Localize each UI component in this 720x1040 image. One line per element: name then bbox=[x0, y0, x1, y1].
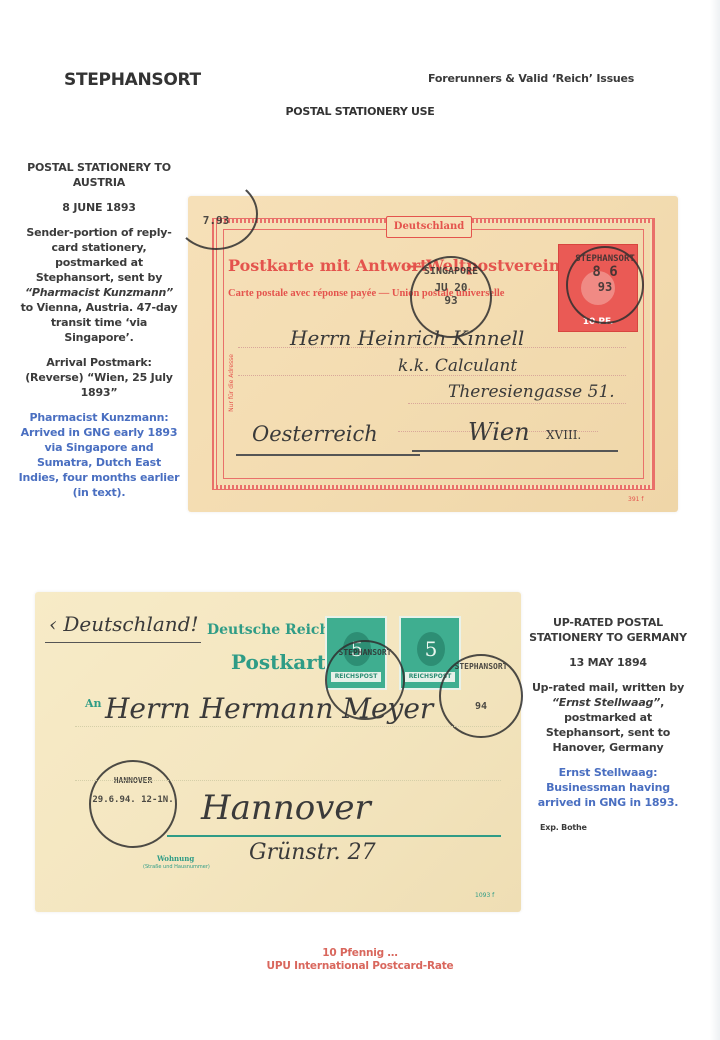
card-title: Postkarte bbox=[231, 650, 339, 674]
address-line bbox=[75, 780, 501, 781]
card-side-note: Nur für die Adresse bbox=[228, 354, 235, 412]
routing-note: ‹ Deutschland! bbox=[49, 612, 199, 636]
print-number: 391 f bbox=[628, 496, 643, 503]
item1-arrival: Arrival Postmark: (Reverse) “Wien, 25 Ju… bbox=[18, 355, 180, 400]
address-recipient: Herrn Hermann Meyer bbox=[105, 692, 433, 725]
address-city: Wien bbox=[468, 418, 530, 446]
wohnung-label: Wohnung bbox=[157, 854, 194, 863]
address-line bbox=[75, 726, 501, 727]
item2-text: Up-rated mail, written by “Ernst Stellwa… bbox=[528, 680, 688, 755]
item2-description: UP-RATED POSTAL STATIONERY TO GERMANY 13… bbox=[528, 615, 688, 845]
underline bbox=[45, 642, 201, 643]
postmark-hannover: HANNOVER 29.6.94. 12-1N. bbox=[89, 760, 177, 848]
item1-heading: POSTAL STATIONERY TO AUSTRIA bbox=[18, 160, 180, 190]
item2-heading: UP-RATED POSTAL STATIONERY TO GERMANY bbox=[528, 615, 688, 645]
print-number: 1093 f bbox=[475, 892, 494, 899]
address-line bbox=[408, 403, 626, 404]
address-street: Theresiengasse 51. bbox=[448, 382, 615, 402]
page-edge bbox=[710, 0, 720, 1040]
underline bbox=[236, 454, 420, 456]
underline bbox=[412, 450, 618, 452]
item2-note: Ernst Stellwaag: Businessman having arri… bbox=[528, 765, 688, 810]
item1-text: Sender-portion of reply-card stationery,… bbox=[18, 225, 180, 345]
postcard-germany: ‹ Deutschland! Deutsche Reichspost Postk… bbox=[35, 592, 521, 912]
page-title: STEPHANSORT bbox=[64, 70, 201, 90]
address-recipient: Herrn Heinrich Kinnell bbox=[290, 326, 524, 350]
footer-line2: UPU International Postcard-Rate bbox=[0, 960, 720, 973]
item2-date: 13 MAY 1894 bbox=[528, 655, 688, 670]
card-an: An bbox=[85, 697, 102, 710]
item1-date: 8 JUNE 1893 bbox=[18, 200, 180, 215]
address-city: Hannover bbox=[201, 788, 371, 828]
postmark-wien: 7.93 bbox=[174, 178, 258, 250]
wohnung-sub: (Straße und Hausnummer) bbox=[143, 864, 210, 870]
footer-line1: 10 Pfennig … bbox=[0, 947, 720, 960]
country-label: Deutschland bbox=[386, 216, 472, 238]
section-title: POSTAL STATIONERY USE bbox=[0, 105, 720, 118]
postmark-stephansort: STEPHANSORT 8 6 93 bbox=[566, 246, 644, 324]
city-line bbox=[167, 835, 501, 837]
item1-description: POSTAL STATIONERY TO AUSTRIA 8 JUNE 1893… bbox=[18, 160, 180, 510]
address-street: Grünstr. 27 bbox=[249, 840, 376, 865]
address-title: k.k. Calculant bbox=[398, 356, 517, 376]
address-district: XVIII. bbox=[546, 428, 581, 442]
item1-note: Pharmacist Kunzmann: Arrived in GNG earl… bbox=[18, 410, 180, 500]
postcard-austria: Deutschland Postkarte mit Antwort — Welt… bbox=[188, 196, 678, 512]
expertise-note: Exp. Bothe bbox=[528, 820, 688, 835]
address-country: Oesterreich bbox=[252, 422, 378, 446]
footer-caption: 10 Pfennig … UPU International Postcard-… bbox=[0, 947, 720, 973]
card-title: Postkarte mit Antwort bbox=[228, 256, 427, 275]
page-subtitle: Forerunners & Valid ‘Reich’ Issues bbox=[428, 72, 634, 85]
